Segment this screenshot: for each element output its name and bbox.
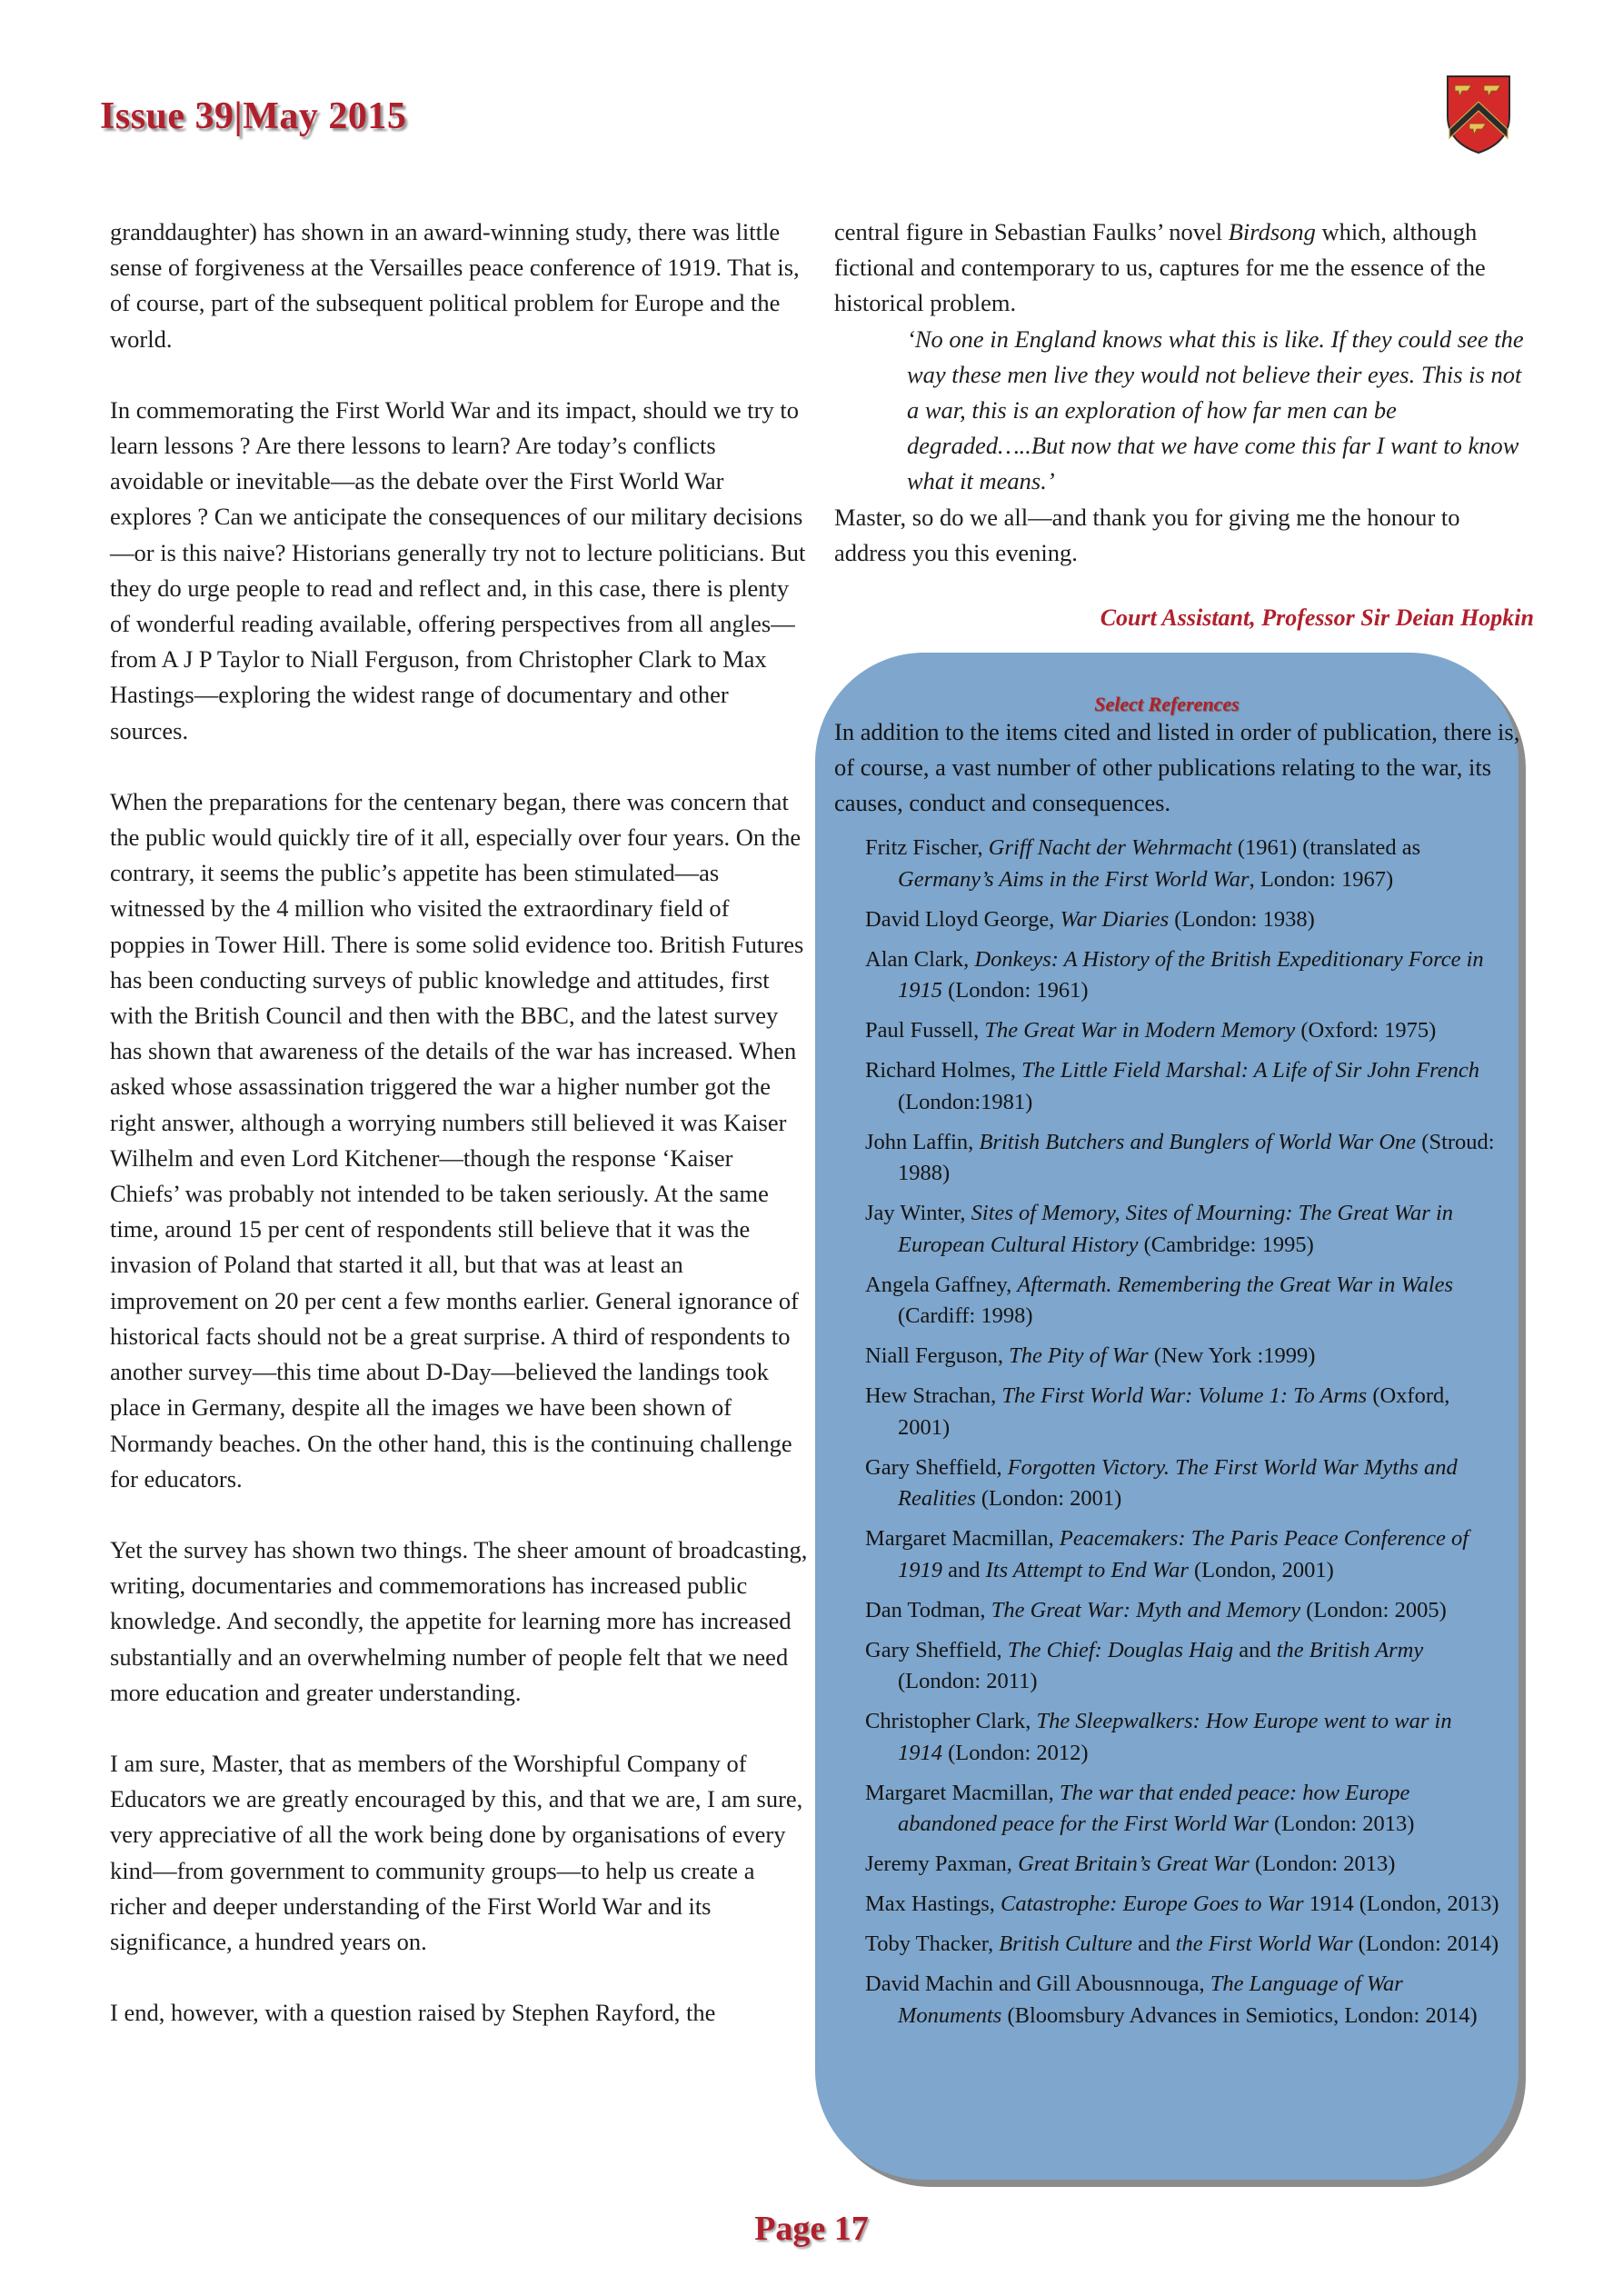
reference-item: Christopher Clark, The Sleepwalkers: How…	[865, 1706, 1501, 1769]
reference-author: Jeremy Paxman,	[865, 1852, 1018, 1876]
reference-details: (London: 1938)	[1169, 907, 1315, 932]
body-paragraph: When the preparations for the centenary …	[110, 784, 808, 1497]
reference-title: Its Attempt to End War	[986, 1558, 1189, 1582]
reference-details: (London: 1961)	[942, 978, 1089, 1003]
reference-item: Gary Sheffield, The Chief: Douglas Haig …	[865, 1635, 1501, 1698]
reference-title: British Culture	[999, 1932, 1132, 1956]
reference-title: The Pity of War	[1009, 1343, 1149, 1368]
reference-author: John Laffin,	[865, 1130, 979, 1154]
reference-title: War Diaries	[1060, 907, 1170, 932]
body-paragraph: I am sure, Master, that as members of th…	[110, 1746, 808, 1960]
reference-author: Toby Thacker,	[865, 1932, 999, 1956]
reference-author: Paul Fussell,	[865, 1018, 984, 1043]
reference-author: Angela Gaffney,	[865, 1273, 1017, 1297]
reference-details: (Cardiff: 1998)	[898, 1303, 1033, 1328]
reference-author: Jay Winter,	[865, 1201, 971, 1225]
reference-item: Jay Winter, Sites of Memory, Sites of Mo…	[865, 1198, 1501, 1261]
body-paragraph: granddaughter) has shown in an award-win…	[110, 215, 808, 357]
references-intro: In addition to the items cited and liste…	[834, 714, 1525, 822]
reference-item: Angela Gaffney, Aftermath. Remembering t…	[865, 1270, 1501, 1333]
reference-item: Niall Ferguson, The Pity of War (New Yor…	[865, 1341, 1501, 1373]
reference-details: (London: 2005)	[1300, 1598, 1447, 1622]
reference-details: (Oxford: 1975)	[1295, 1018, 1436, 1043]
reference-title: Catastrophe: Europe Goes to War	[1001, 1892, 1303, 1916]
reference-title: The Little Field Marshal: A Life of Sir …	[1021, 1058, 1479, 1083]
reference-list: Fritz Fischer, Griff Nacht der Wehrmacht…	[865, 833, 1501, 2041]
author-signature: Court Assistant, Professor Sir Deian Hop…	[834, 604, 1534, 632]
reference-details: (London: 2013)	[1269, 1812, 1415, 1836]
reference-title: The Chief: Douglas Haig	[1008, 1638, 1233, 1662]
reference-author: Alan Clark,	[865, 947, 974, 972]
reference-title: the First World War	[1176, 1932, 1353, 1956]
reference-details: (1961) (translated as	[1232, 835, 1421, 860]
reference-author: Christopher Clark,	[865, 1709, 1037, 1733]
birdsong-quote: ‘No one in England knows what this is li…	[834, 322, 1534, 500]
reference-details: (London: 2014)	[1353, 1932, 1499, 1956]
reference-details: (New York :1999)	[1149, 1343, 1316, 1368]
reference-item: Alan Clark, Donkeys: A History of the Br…	[865, 944, 1501, 1007]
reference-title: Aftermath. Remembering the Great War in …	[1017, 1273, 1453, 1297]
reference-details: 1914 (London, 2013)	[1304, 1892, 1499, 1916]
reference-details: (London, 2001)	[1189, 1558, 1334, 1582]
reference-item: Jeremy Paxman, Great Britain’s Great War…	[865, 1849, 1501, 1881]
issue-header: Issue 39|May 2015	[100, 95, 406, 138]
reference-details: , London: 1967)	[1250, 867, 1394, 892]
reference-item: David Lloyd George, War Diaries (London:…	[865, 904, 1501, 936]
reference-details: (Bloomsbury Advances in Semiotics, Londo…	[1001, 2003, 1477, 2028]
reference-title: British Butchers and Bunglers of World W…	[979, 1130, 1416, 1154]
reference-title: Germany’s Aims in the First World War	[898, 867, 1250, 892]
reference-item: Margaret Macmillan, Peacemakers: The Par…	[865, 1523, 1501, 1586]
reference-author: Gary Sheffield,	[865, 1455, 1008, 1480]
reference-details: (London:1981)	[898, 1090, 1032, 1114]
reference-item: David Machin and Gill Abousnnouga, The L…	[865, 1969, 1501, 2031]
reference-title: The Great War in Modern Memory	[984, 1018, 1295, 1043]
references-title: Select References	[815, 693, 1518, 716]
reference-author: David Lloyd George,	[865, 907, 1060, 932]
reference-item: Max Hastings, Catastrophe: Europe Goes t…	[865, 1889, 1501, 1921]
reference-item: John Laffin, British Butchers and Bungle…	[865, 1127, 1501, 1190]
body-paragraph: Yet the survey has shown two things. The…	[110, 1532, 808, 1711]
reference-author: Niall Ferguson,	[865, 1343, 1009, 1368]
reference-item: Toby Thacker, British Culture and the Fi…	[865, 1929, 1501, 1961]
reference-item: Margaret Macmillan, The war that ended p…	[865, 1778, 1501, 1841]
left-column: granddaughter) has shown in an award-win…	[110, 215, 808, 2031]
reference-details: (London: 2012)	[942, 1741, 1089, 1765]
reference-author: Max Hastings,	[865, 1892, 1001, 1916]
reference-details: and	[1233, 1638, 1277, 1662]
closing-paragraph: Master, so do we all—and thank you for g…	[834, 500, 1534, 571]
reference-author: Fritz Fischer,	[865, 835, 989, 860]
right-column: central figure in Sebastian Faulks’ nove…	[834, 215, 1534, 571]
body-paragraph: I end, however, with a question raised b…	[110, 1995, 808, 2031]
reference-details: (Cambridge: 1995)	[1139, 1233, 1314, 1257]
reference-author: Margaret Macmillan,	[865, 1781, 1060, 1805]
reference-item: Richard Holmes, The Little Field Marshal…	[865, 1055, 1501, 1118]
reference-details: (London: 2013)	[1250, 1852, 1396, 1876]
page-number: Page 17	[0, 2209, 1623, 2249]
college-crest-icon	[1444, 73, 1513, 155]
reference-title: Griff Nacht der Wehrmacht	[989, 835, 1232, 860]
intro-paragraph: central figure in Sebastian Faulks’ nove…	[834, 215, 1534, 322]
reference-author: Margaret Macmillan,	[865, 1526, 1060, 1551]
reference-title: The First World War: Volume 1: To Arms	[1001, 1383, 1367, 1408]
reference-item: Paul Fussell, The Great War in Modern Me…	[865, 1015, 1501, 1047]
reference-author: Gary Sheffield,	[865, 1638, 1008, 1662]
reference-item: Fritz Fischer, Griff Nacht der Wehrmacht…	[865, 833, 1501, 895]
reference-title: the British Army	[1277, 1638, 1424, 1662]
reference-details: and	[942, 1558, 986, 1582]
reference-author: David Machin and Gill Abousnnouga,	[865, 1972, 1210, 1996]
reference-title: The Great War: Myth and Memory	[991, 1598, 1300, 1622]
reference-item: Gary Sheffield, Forgotten Victory. The F…	[865, 1452, 1501, 1515]
reference-details: (London: 2001)	[976, 1486, 1122, 1511]
reference-author: Hew Strachan,	[865, 1383, 1001, 1408]
reference-details: (London: 2011)	[898, 1669, 1038, 1693]
body-paragraph: In commemorating the First World War and…	[110, 393, 808, 749]
references-box: Select References In addition to the ite…	[815, 653, 1518, 2180]
book-title: Birdsong	[1229, 218, 1316, 245]
reference-author: Richard Holmes,	[865, 1058, 1021, 1083]
reference-author: Dan Todman,	[865, 1598, 991, 1622]
reference-item: Hew Strachan, The First World War: Volum…	[865, 1381, 1501, 1443]
reference-title: Great Britain’s Great War	[1018, 1852, 1250, 1876]
reference-details: and	[1132, 1932, 1176, 1956]
reference-item: Dan Todman, The Great War: Myth and Memo…	[865, 1595, 1501, 1627]
